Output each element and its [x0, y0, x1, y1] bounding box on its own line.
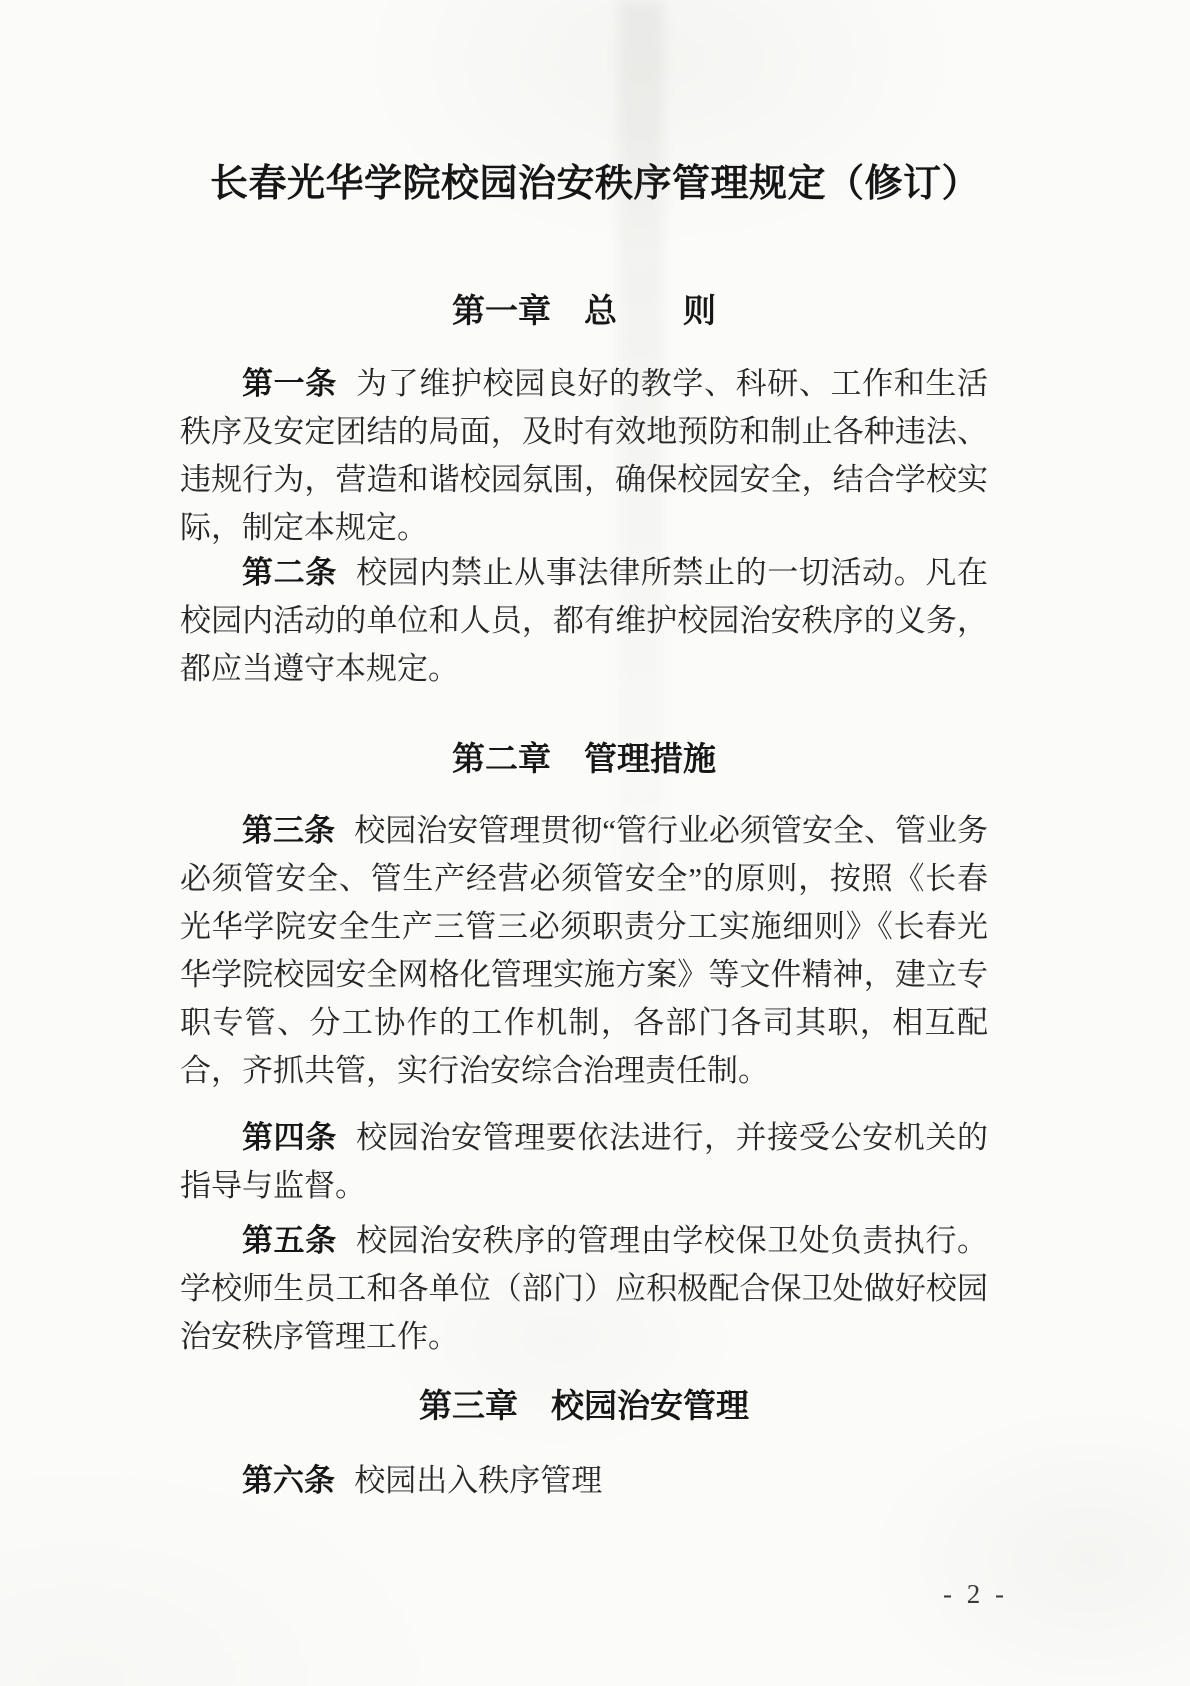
- article-3-label: 第三条: [242, 813, 335, 848]
- article-6-paragraph: 第六条校园出入秩序管理: [180, 1457, 988, 1505]
- document-title: 长春光华学院校园治安秩序管理规定（修订）: [0, 160, 1190, 208]
- article-5-label: 第五条: [242, 1223, 337, 1258]
- article-1-paragraph: 第一条为了维护校园良好的教学、科研、工作和生活秩序及安定团结的局面，及时有效地预…: [180, 360, 988, 552]
- article-1-label: 第一条: [242, 366, 337, 401]
- article-4-paragraph: 第四条校园治安管理要依法进行，并接受公安机关的指导与监督。: [180, 1114, 988, 1210]
- scanned-document-page: 长春光华学院校园治安秩序管理规定（修订） 第一章 总 则 第一条为了维护校园良好…: [0, 0, 1190, 1686]
- chapter-1-heading: 第一章 总 则: [180, 288, 988, 334]
- article-3-text: 校园治安管理贯彻“管行业必须管安全、管业务必须管安全、管生产经营必须管安全”的原…: [180, 813, 988, 1088]
- article-6-text: 校园出入秩序管理: [354, 1463, 602, 1498]
- page-number: - 2 -: [943, 1578, 1008, 1610]
- article-2-paragraph: 第二条校园内禁止从事法律所禁止的一切活动。凡在校园内活动的单位和人员，都有维护校…: [180, 549, 988, 693]
- article-3-paragraph: 第三条校园治安管理贯彻“管行业必须管安全、管业务必须管安全、管生产经营必须管安全…: [180, 807, 988, 1095]
- chapter-3-heading: 第三章 校园治安管理: [180, 1383, 988, 1429]
- article-2-label: 第二条: [242, 555, 337, 590]
- chapter-2-heading: 第二章 管理措施: [180, 736, 988, 782]
- article-6-label: 第六条: [242, 1463, 335, 1498]
- article-4-label: 第四条: [242, 1120, 337, 1155]
- article-5-paragraph: 第五条校园治安秩序的管理由学校保卫处负责执行。学校师生员工和各单位（部门）应积极…: [180, 1217, 988, 1361]
